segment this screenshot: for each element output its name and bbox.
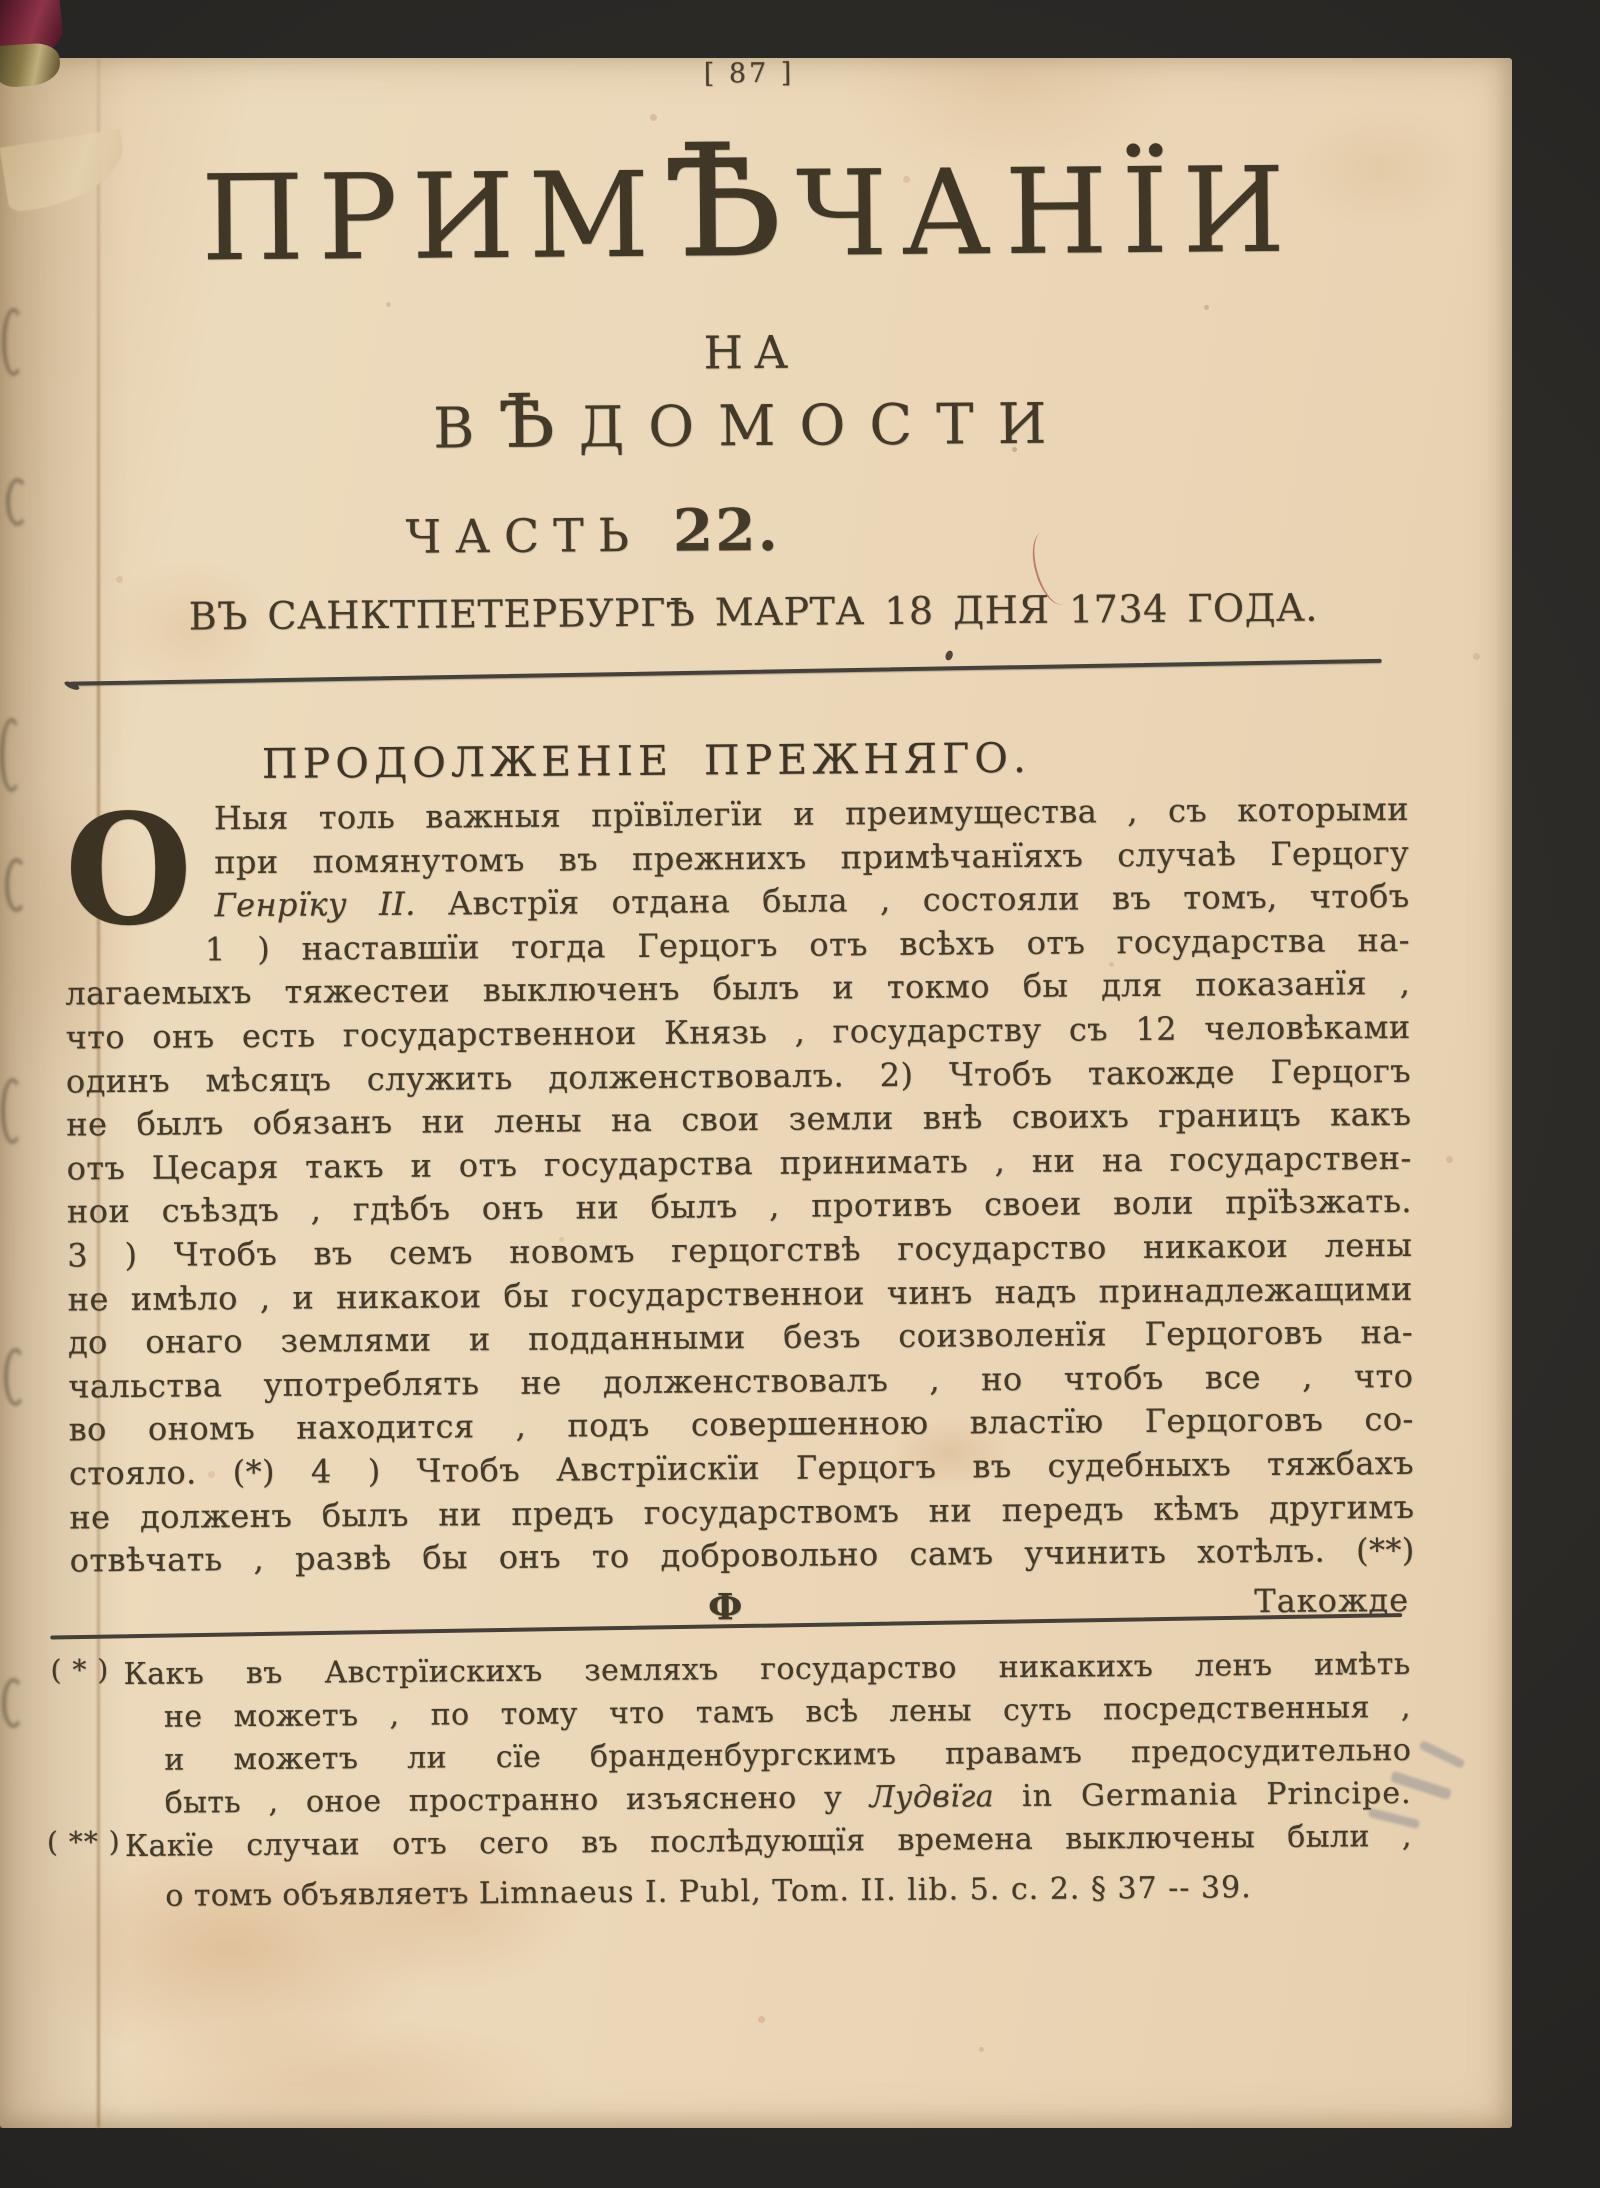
latin-citation: in Germania Principe. — [994, 1776, 1412, 1814]
ludwig-italic: Лудвїга — [869, 1779, 994, 1815]
signature-mark: Ф — [708, 1586, 742, 1628]
body-line-rest: Австрїя отдана была , состояли въ томъ, … — [448, 877, 1410, 923]
genriku-italic: Генрїку II. — [214, 885, 448, 925]
page-title: ПРИМѢЧАНЇИ — [0, 144, 1507, 286]
section-heading: ПРОДОЛЖЕНІЕ ПРЕЖНЯГО. — [0, 731, 1403, 791]
page-number: [ 87 ] — [0, 52, 1505, 95]
part-line: ЧАСТЬ 22. — [0, 491, 1349, 571]
footnote-text-pre: быть , оное пространно изъяснено у — [164, 1780, 869, 1821]
masthead-post: ДОМОСТИ — [578, 392, 1070, 461]
part-number: 22. — [673, 496, 780, 565]
footnote-line: Какїе случаи отъ сего въ послѣдующїя вре… — [125, 1815, 1412, 1868]
title-yat-letter: Ѣ — [662, 110, 796, 293]
footnote-line: о томъ объявляетъ Limnaeus I. Publ, Tom.… — [125, 1865, 1412, 1918]
dateline: ВЪ САНКТПЕТЕРБУРГѢ МАРТА 18 ДНЯ 1734 ГОД… — [0, 584, 1509, 640]
ink-speck — [944, 650, 954, 662]
header-rule — [70, 659, 1382, 686]
footnote-2-marker: ( ** ) — [47, 1825, 121, 1859]
scan-background: { "document": { "page_number": "[ 87 ]",… — [0, 0, 1600, 2188]
body-paragraph: О Ныя толь важныя прївїлегїи и преимущес… — [64, 788, 1415, 1583]
page-paper: [ 87 ] ПРИМѢЧАНЇИ НА ВѢДОМОСТИ ЧАСТЬ 22.… — [0, 58, 1512, 2128]
subtitle-na: НА — [0, 320, 1507, 385]
footnote-text-pre: о томъ объявляетъ — [165, 1876, 479, 1913]
footnote-1-marker: ( * ) — [50, 1653, 109, 1686]
body-line: отвѣчать , развѣ бы онъ то добровольно с… — [70, 1529, 1415, 1583]
limnaeus-citation: Limnaeus I. Publ, Tom. II. lib. 5. c. 2.… — [479, 1870, 1252, 1911]
masthead-vedomosti: ВѢДОМОСТИ — [0, 388, 1508, 465]
footnote-1-text: Какъ въ Австрїискихъ земляхъ государство… — [123, 1643, 1411, 1825]
drop-cap: О — [64, 793, 192, 946]
masthead-pre: В — [433, 396, 499, 462]
title-post: ЧАНЇИ — [796, 141, 1300, 283]
title-pre: ПРИМ — [201, 146, 664, 288]
footnote-2-text: Какїе случаи отъ сего въ послѣдующїя вре… — [125, 1815, 1413, 1918]
printed-content: [ 87 ] ПРИМѢЧАНЇИ НА ВѢДОМОСТИ ЧАСТЬ 22.… — [0, 52, 1521, 2134]
part-label: ЧАСТЬ — [405, 508, 643, 564]
masthead-yat-letter: Ѣ — [498, 378, 579, 465]
footnote-1: ( * ) Какъ въ Австрїискихъ земляхъ госуд… — [5, 1643, 1410, 1654]
